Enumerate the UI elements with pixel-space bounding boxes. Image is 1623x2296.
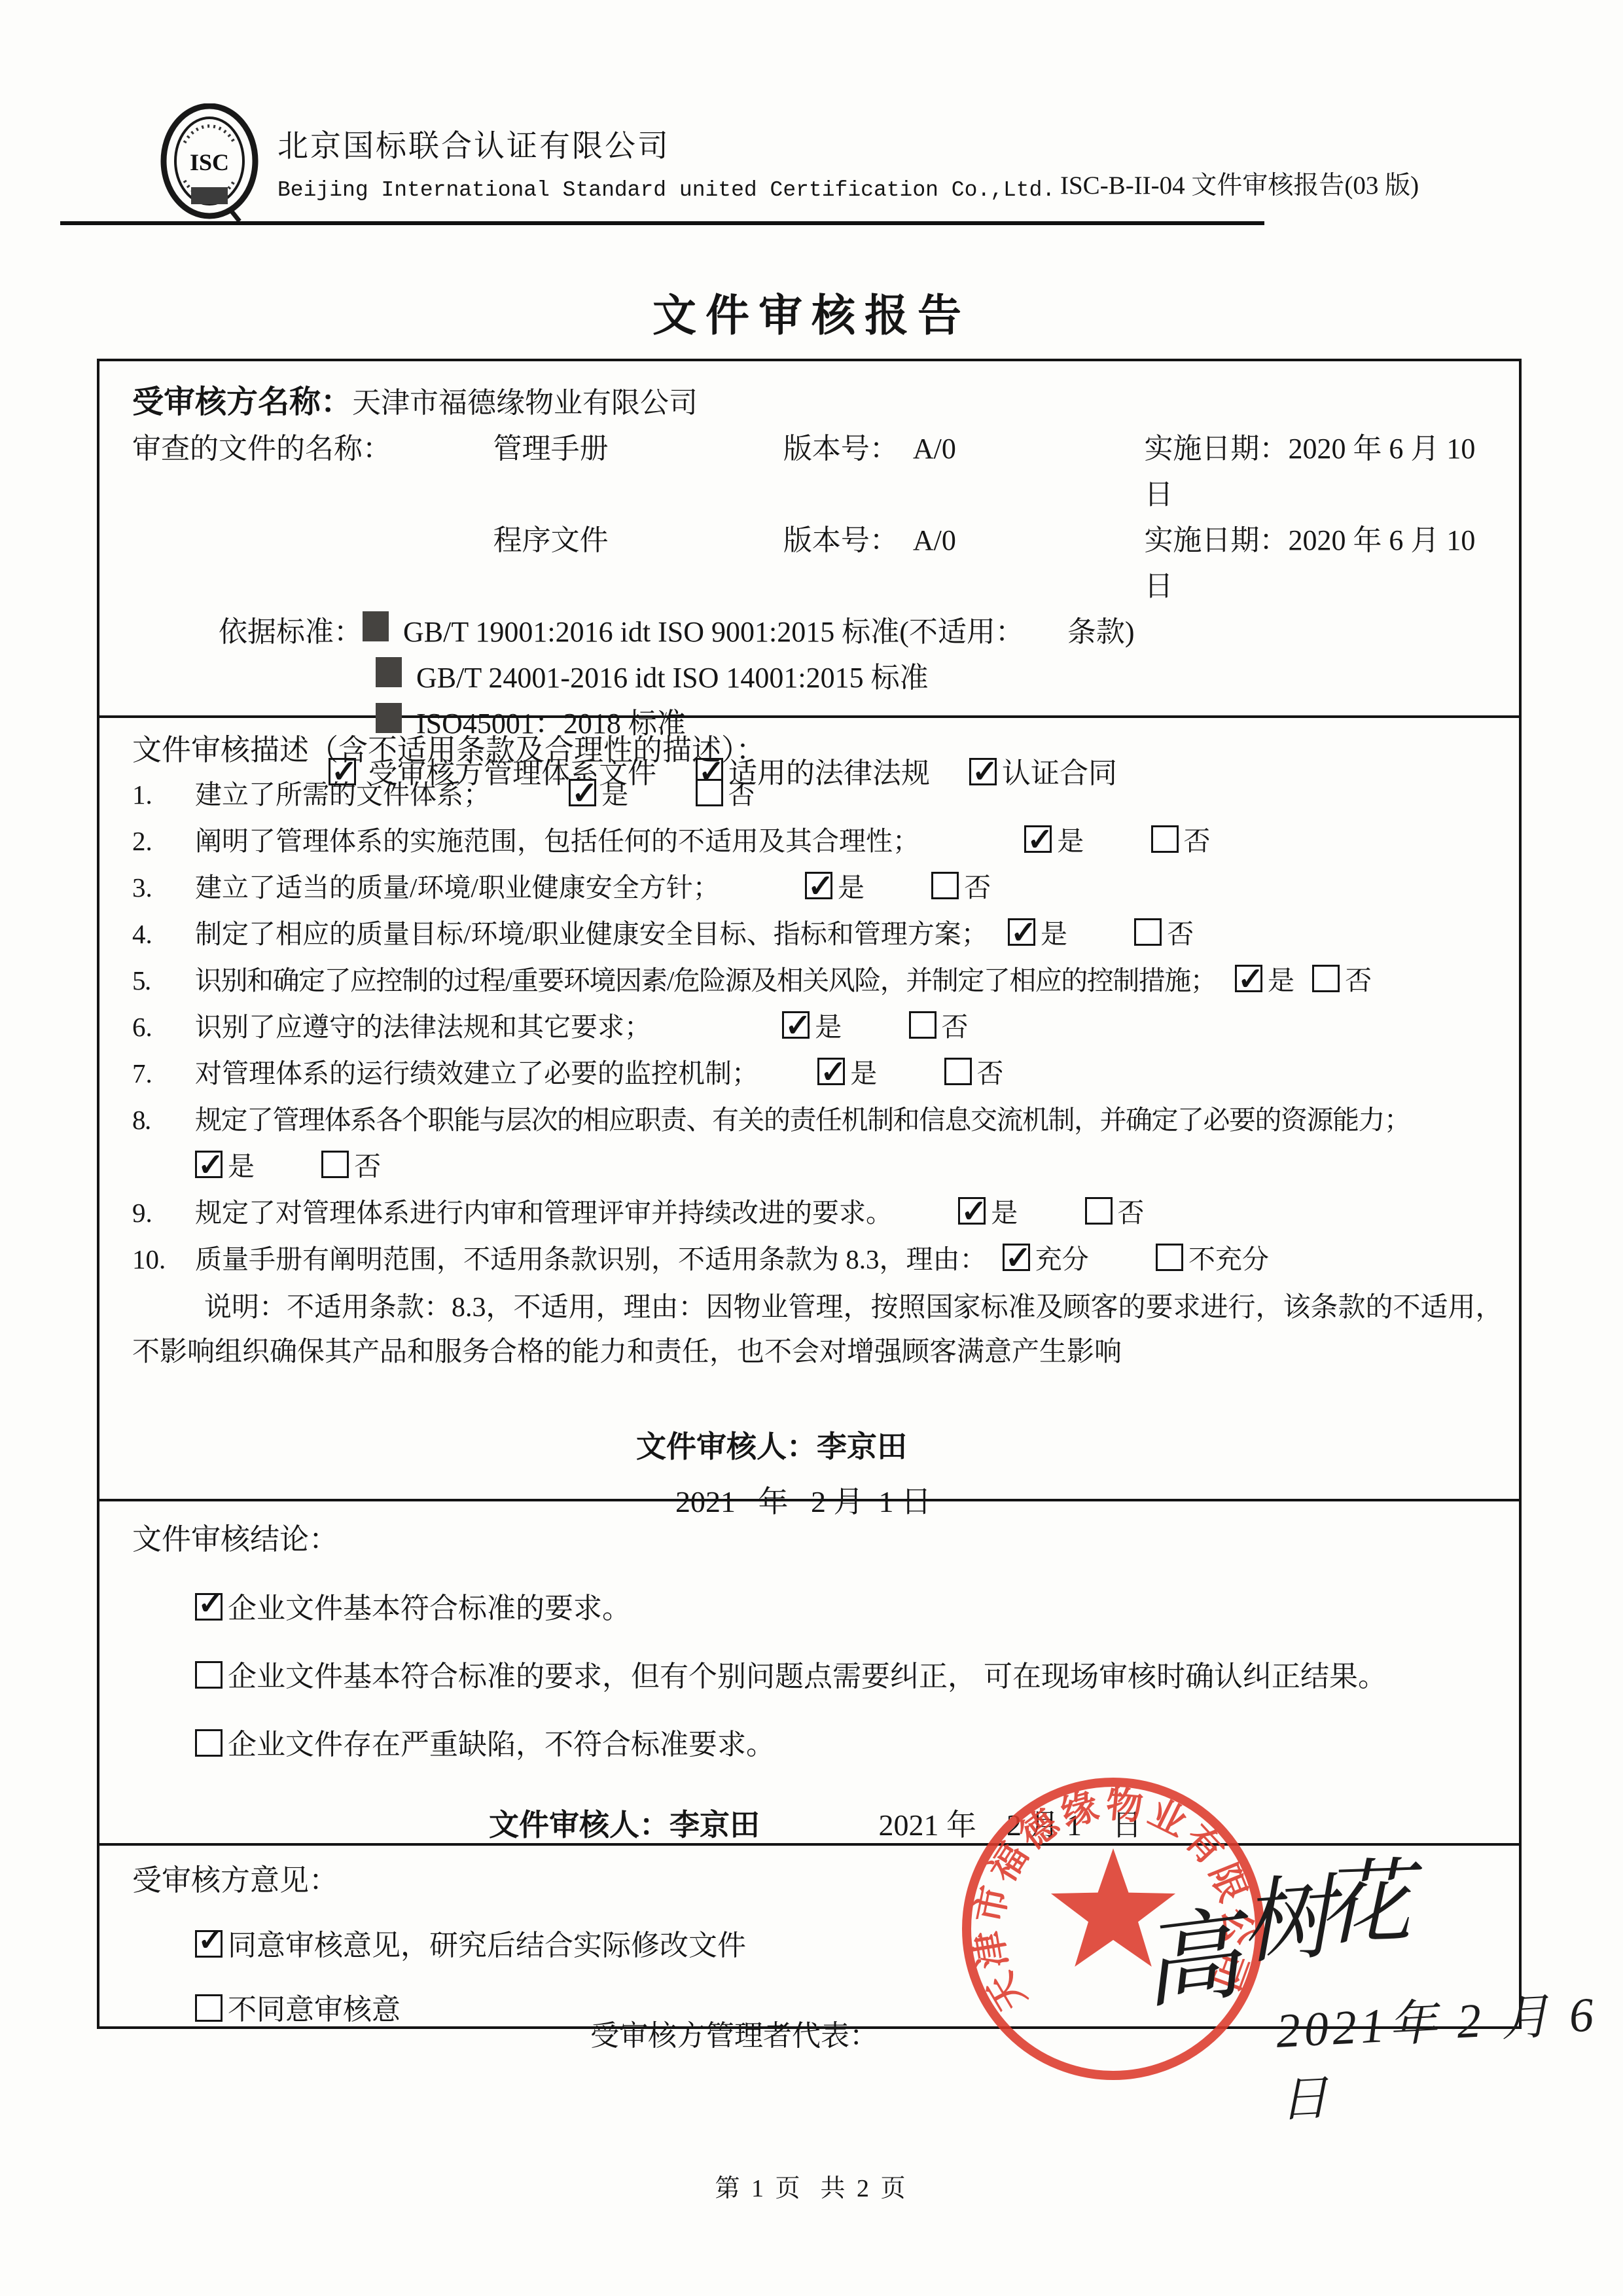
management-rep-label: 受审核方管理者代表：	[590, 2012, 878, 2054]
no-checkbox[interactable]	[1085, 1197, 1113, 1225]
review-item-1: 1.建立了所需的文件体系； 是 否	[132, 772, 1506, 818]
auditee-label: 受审核方名称：	[132, 380, 352, 425]
conclusion-title: 文件审核结论：	[132, 1518, 1506, 1560]
version-value: A/0	[913, 524, 956, 556]
page-title: 文件审核报告	[0, 281, 1623, 344]
doc-name: 管理手册	[493, 426, 783, 472]
auditee-name: 天津市福德缘物业有限公司	[352, 380, 698, 426]
doc-name: 程序文件	[493, 518, 783, 564]
no-checkbox[interactable]	[321, 1151, 349, 1178]
standard-1: GB/T 19001:2016 idt ISO 9001:2015 标准(不适用…	[403, 609, 1135, 655]
header-company-cn: 北京国标联合认证有限公司	[277, 122, 670, 166]
conclusion-checkbox-2[interactable]	[195, 1661, 223, 1689]
no-checkbox[interactable]	[696, 779, 723, 806]
review-item-8-answer: 是 否	[132, 1143, 1506, 1190]
conclusion-option-3: 企业文件存在严重缺陷，不符合标准要求。	[195, 1725, 1506, 1765]
review-item-7: 7.对管理体系的运行绩效建立了必要的监控机制； 是 否	[132, 1050, 1506, 1097]
impl-label: 实施日期：	[1144, 524, 1288, 556]
standard-checkbox-filled[interactable]	[363, 611, 389, 641]
conclusion-checkbox-3[interactable]	[195, 1729, 223, 1757]
header-doc-code: ISC-B-II-04 文件审核报告(03 版)	[1060, 165, 1419, 202]
review-item-8: 8.规定了管理体系各个职能与层次的相应职责、有关的责任机制和信息交流机制，并确定…	[132, 1097, 1506, 1143]
header-company-en: Beijing International Standard united Ce…	[277, 178, 1055, 202]
no-checkbox[interactable]	[909, 1011, 936, 1039]
standard-checkbox-filled[interactable]	[376, 657, 402, 687]
version-label: 版本号：	[783, 433, 899, 465]
no-checkbox[interactable]	[1134, 918, 1162, 946]
yes-checkbox[interactable]	[782, 1011, 810, 1039]
yes-checkbox[interactable]	[1235, 965, 1262, 992]
handwritten-signature: 高	[1132, 1874, 1247, 2028]
conclusion-checkbox-1[interactable]	[195, 1593, 223, 1621]
version-label: 版本号：	[783, 524, 899, 556]
page-number: 第 1 页 共 2 页	[0, 2168, 1623, 2204]
review-note: 说明：不适用条款：8.3，不适用，理由：因物业管理，按照国家标准及顾客的要求进行…	[132, 1285, 1507, 1374]
no-checkbox[interactable]	[1151, 825, 1179, 853]
no-checkbox[interactable]	[1312, 965, 1340, 992]
handwritten-date: 2021年 2 月 6 日	[1274, 1974, 1623, 2130]
review-item-10: 10.质量手册有阐明范围，不适用条款识别，不适用条款为 8.3，理由： 充分 不…	[132, 1236, 1506, 1283]
section-basic-info: 受审核方名称： 天津市福德缘物业有限公司 审查的文件的名称： 管理手册 版本号：…	[99, 380, 1519, 718]
yes-checkbox[interactable]	[817, 1058, 845, 1085]
no-checkbox[interactable]	[944, 1058, 972, 1085]
conclusion-option-2: 企业文件基本符合标准的要求，但有个别问题点需要纠正， 可在现场审核时确认纠正结果…	[195, 1657, 1506, 1696]
impl-label: 实施日期：	[1144, 433, 1288, 465]
review-item-3: 3.建立了适当的质量/环境/职业健康安全方针； 是 否	[132, 865, 1506, 911]
header-rule	[60, 221, 1264, 225]
review-title: 文件审核描述（含不适用条款及合理性的描述）：	[132, 728, 1506, 772]
isc-logo: ISC	[158, 103, 260, 224]
adequate-checkbox[interactable]	[1003, 1244, 1030, 1271]
conclusion-option-1: 企业文件基本符合标准的要求。	[195, 1589, 1506, 1628]
review-item-4: 4.制定了相应的质量目标/环境/职业健康安全目标、指标和管理方案； 是 否	[132, 911, 1506, 958]
review-item-6: 6.识别了应遵守的法律法规和其它要求； 是 否	[132, 1004, 1506, 1050]
agree-checkbox[interactable]	[195, 1930, 223, 1958]
inadequate-checkbox[interactable]	[1156, 1244, 1183, 1271]
standards-label: 依据标准：	[219, 609, 363, 655]
no-checkbox[interactable]	[931, 872, 959, 899]
yes-checkbox[interactable]	[1008, 918, 1035, 946]
docs-label: 审查的文件的名称：	[132, 426, 493, 472]
disagree-checkbox[interactable]	[195, 1994, 223, 2022]
review-date: 2021 年 2 月 1 日	[675, 1478, 1506, 1521]
standard-2: GB/T 24001-2016 idt ISO 14001:2015 标准	[416, 655, 929, 701]
section-review-description: 文件审核描述（含不适用条款及合理性的描述）： 1.建立了所需的文件体系； 是 否…	[99, 728, 1519, 1501]
yes-checkbox[interactable]	[195, 1151, 223, 1178]
audit-report-table: 受审核方名称： 天津市福德缘物业有限公司 审查的文件的名称： 管理手册 版本号：…	[97, 359, 1522, 2029]
reviewer-line: 文件审核人：李京田	[636, 1423, 1506, 1466]
review-item-9: 9.规定了对管理体系进行内审和管理评审并持续改进的要求。 是 否	[132, 1190, 1506, 1236]
review-item-2: 2.阐明了管理体系的实施范围，包括任何的不适用及其合理性； 是 否	[132, 818, 1506, 865]
reviewer-name: 李京田	[817, 1430, 907, 1463]
document-page: ISC 北京国标联合认证有限公司 Beijing International S…	[0, 0, 1623, 2296]
reviewer-name: 李京田	[669, 1808, 760, 1842]
review-item-5: 5.识别和确定了应控制的过程/重要环境因素/危险源及相关风险，并制定了相应的控制…	[132, 958, 1506, 1004]
logo-text: ISC	[190, 149, 229, 175]
version-value: A/0	[913, 433, 956, 465]
yes-checkbox[interactable]	[958, 1197, 986, 1225]
yes-checkbox[interactable]	[1024, 825, 1052, 853]
section-conclusion: 文件审核结论： 企业文件基本符合标准的要求。 企业文件基本符合标准的要求，但有个…	[99, 1518, 1519, 1846]
yes-checkbox[interactable]	[805, 872, 832, 899]
handwritten-signature: 花	[1317, 1829, 1414, 1964]
yes-checkbox[interactable]	[569, 779, 596, 806]
